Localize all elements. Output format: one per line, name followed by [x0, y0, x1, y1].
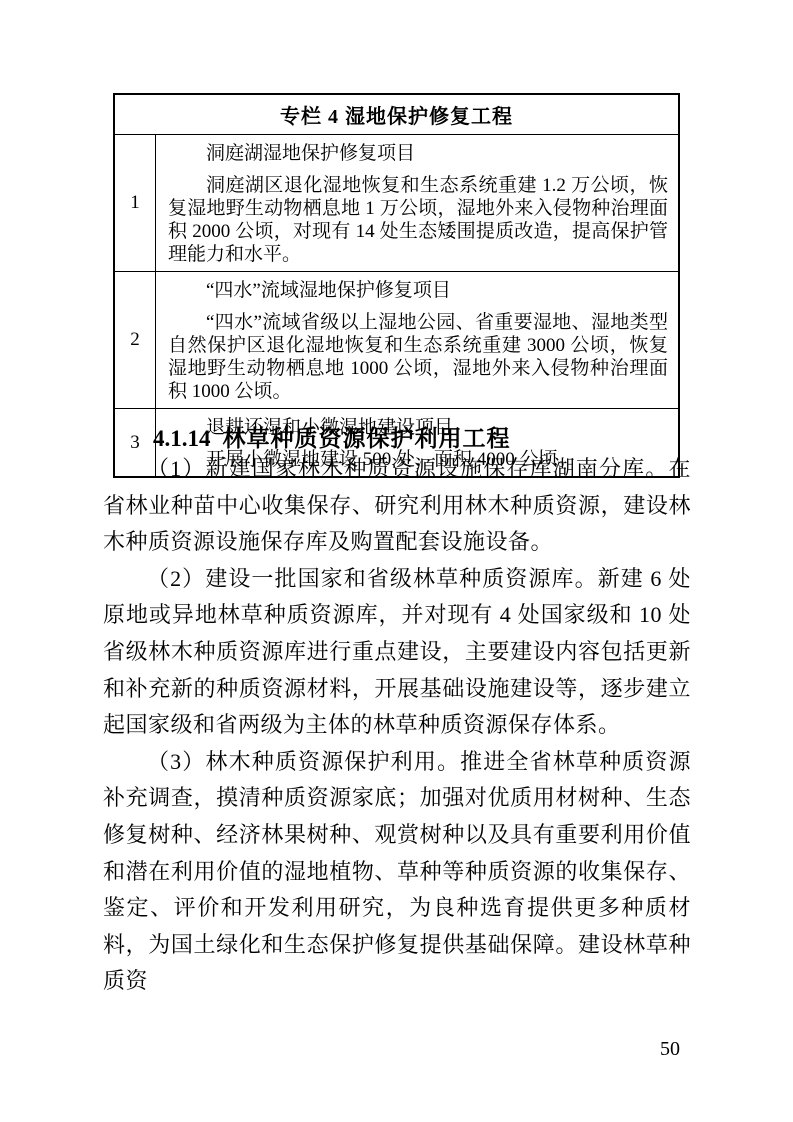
project-description: 洞庭湖区退化湿地恢复和生态系统重建 1.2 万公顷，恢复湿地野生动物栖息地 1 … — [168, 174, 668, 266]
row-number: 2 — [115, 272, 156, 408]
project-title: 洞庭湖湿地保护修复项目 — [168, 142, 668, 165]
document-page: 专栏 4 湿地保护修复工程 1 洞庭湖湿地保护修复项目 洞庭湖区退化湿地恢复和生… — [0, 0, 793, 1122]
table-row: 1 洞庭湖湿地保护修复项目 洞庭湖区退化湿地恢复和生态系统重建 1.2 万公顷，… — [115, 135, 678, 272]
box-table-title: 专栏 4 湿地保护修复工程 — [115, 95, 678, 135]
row-content: 洞庭湖湿地保护修复项目 洞庭湖区退化湿地恢复和生态系统重建 1.2 万公顷，恢复… — [156, 135, 678, 271]
section-heading: 4.1.14林草种质资源保护利用工程 — [153, 420, 511, 453]
row-content: “四水”流域湿地保护修复项目 “四水”流域省级以上湿地公园、省重要湿地、湿地类型… — [156, 272, 678, 408]
project-description: “四水”流域省级以上湿地公园、省重要湿地、湿地类型自然保护区退化湿地恢复和生态系… — [168, 311, 668, 403]
project-title: “四水”流域湿地保护修复项目 — [168, 279, 668, 302]
row-number: 1 — [115, 135, 156, 271]
section-title: 林草种质资源保护利用工程 — [223, 426, 511, 451]
paragraph-1: （1）新建国家林木种质资源设施保存库湖南分库。在省林业种苗中心收集保存、研究利用… — [103, 451, 691, 561]
section-number: 4.1.14 — [153, 426, 211, 451]
paragraph-3: （3）林木种质资源保护利用。推进全省林草种质资源补充调查，摸清种质资源家底；加强… — [103, 744, 691, 1000]
page-number: 50 — [645, 1038, 695, 1061]
table-row: 2 “四水”流域湿地保护修复项目 “四水”流域省级以上湿地公园、省重要湿地、湿地… — [115, 272, 678, 409]
paragraph-2: （2）建设一批国家和省级林草种质资源库。新建 6 处原地或异地林草种质资源库，并… — [103, 561, 691, 744]
body-text: （1）新建国家林木种质资源设施保存库湖南分库。在省林业种苗中心收集保存、研究利用… — [103, 451, 691, 1000]
